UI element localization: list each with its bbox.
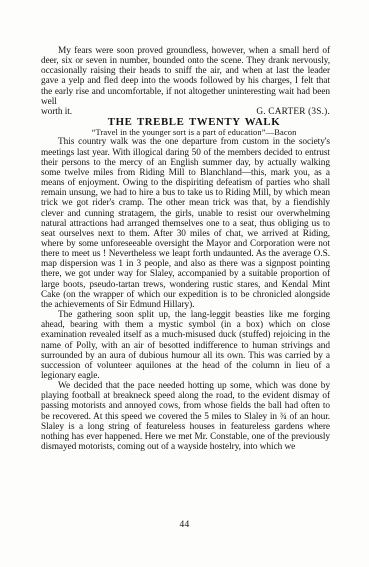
body-paragraph: The gathering soon split up, the lang-le…: [41, 310, 330, 381]
previous-article-closing-paragraph: My fears were soon proved groundless, ho…: [41, 46, 330, 107]
closing-line-text: worth it.: [41, 107, 72, 117]
text-column: My fears were soon proved groundless, ho…: [41, 46, 330, 452]
article-epigraph: “Travel in the younger sort is a part of…: [41, 127, 330, 137]
body-paragraph: We decided that the pace needed hotting …: [41, 381, 330, 452]
page-number: 44: [0, 520, 369, 530]
scanned-book-page: My fears were soon proved groundless, ho…: [0, 0, 369, 567]
body-paragraph: This country walk was the one departure …: [41, 137, 330, 310]
article-title: THE TREBLE TWENTY WALK: [41, 117, 330, 127]
